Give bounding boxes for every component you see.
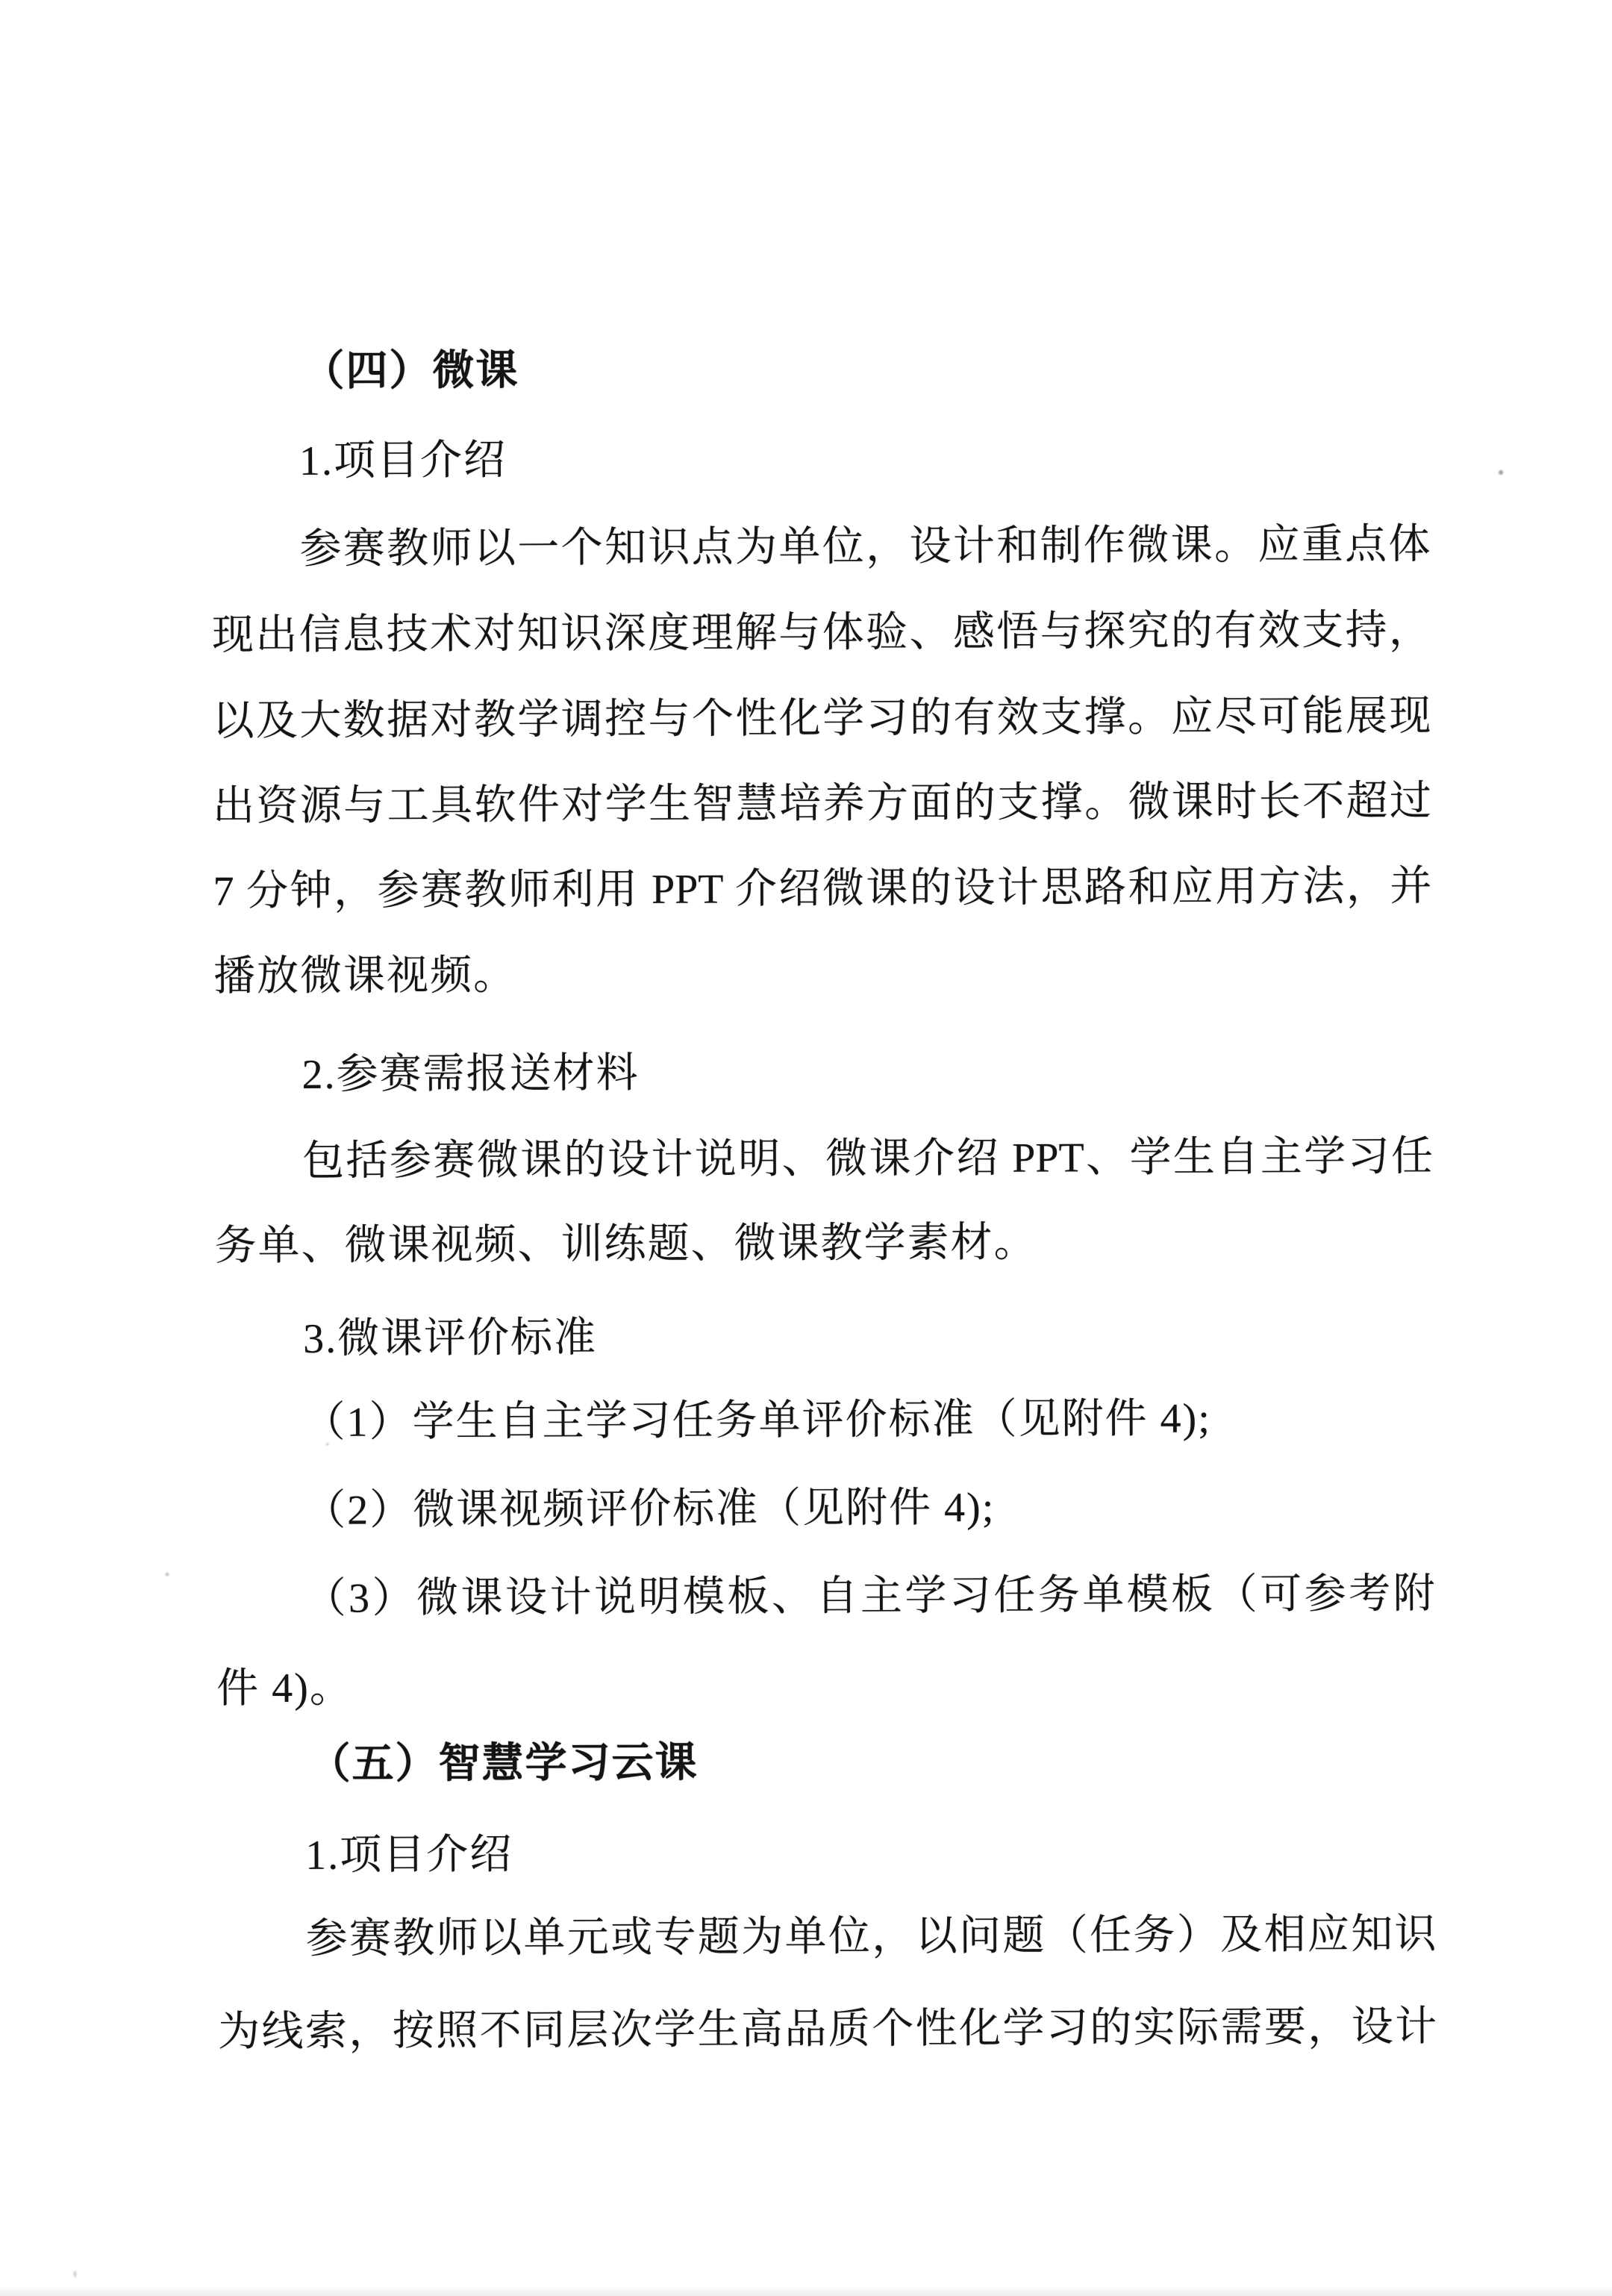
subheading-materials: 2.参赛需报送材料: [302, 1049, 639, 1099]
para-weike-line-2: 现出信息技术对知识深度理解与体验、感悟与探究的有效支持，: [212, 605, 1431, 660]
para-weike-line-4: 出资源与工具软件对学生智慧培养方面的支撑。微课时长不超过: [213, 776, 1431, 831]
section-heading-4: （四）微课: [302, 346, 519, 396]
para-cloud-line-2: 为线索，按照不同层次学生高品质个性化学习的实际需要，设计: [218, 2002, 1437, 2056]
subheading-criteria: 3.微课评价标准: [303, 1313, 597, 1364]
scan-speck: [1499, 470, 1503, 475]
para-cloud-line-1: 参赛教师以单元或专题为单位，以问题（任务）及相应知识: [305, 1909, 1436, 1964]
para-weike-line-5: 7 分钟，参赛教师利用 PPT 介绍微课的设计思路和应用方法，并: [213, 861, 1431, 916]
para-weike-line-1: 参赛教师以一个知识点为单位，设计和制作微课。应重点体: [299, 520, 1430, 574]
para-materials-line-2: 务单、微课视频、训练题、微课教学素材。: [214, 1218, 1037, 1271]
criteria-item-1: （1）学生自主学习任务单评价标准（见附件 4);: [303, 1394, 1210, 1447]
scan-speck: [74, 2271, 77, 2277]
subheading-project-intro-1: 1.项目介绍: [299, 436, 507, 486]
document-page: （四）微课 1.项目介绍 参赛教师以一个知识点为单位，设计和制作微课。应重点体 …: [0, 0, 1612, 2296]
criteria-item-3-line-2: 件 4)。: [216, 1664, 353, 1714]
criteria-item-3-line-1: （3）微课设计说明模板、自主学习任务单模板（可参考附: [304, 1569, 1434, 1623]
scan-speck: [165, 1573, 169, 1576]
para-weike-line-6: 播放微课视频。: [213, 951, 516, 1002]
subheading-project-intro-2: 1.项目介绍: [305, 1830, 513, 1880]
scan-speck: [326, 1443, 329, 1446]
scanned-sheet: （四）微课 1.项目介绍 参赛教师以一个知识点为单位，设计和制作微课。应重点体 …: [0, 0, 1612, 2296]
criteria-item-2: （2）微课视频评价标准（见附件 4);: [304, 1483, 995, 1535]
para-materials-line-1: 包括参赛微课的设计说明、微课介绍 PPT、学生自主学习任: [302, 1132, 1433, 1186]
para-weike-line-3: 以及大数据对教学调控与个性化学习的有效支撑。应尽可能展现: [212, 691, 1431, 746]
section-heading-5: （五）智慧学习云课: [308, 1738, 698, 1789]
scan-bottom-edge: [0, 2286, 1612, 2296]
